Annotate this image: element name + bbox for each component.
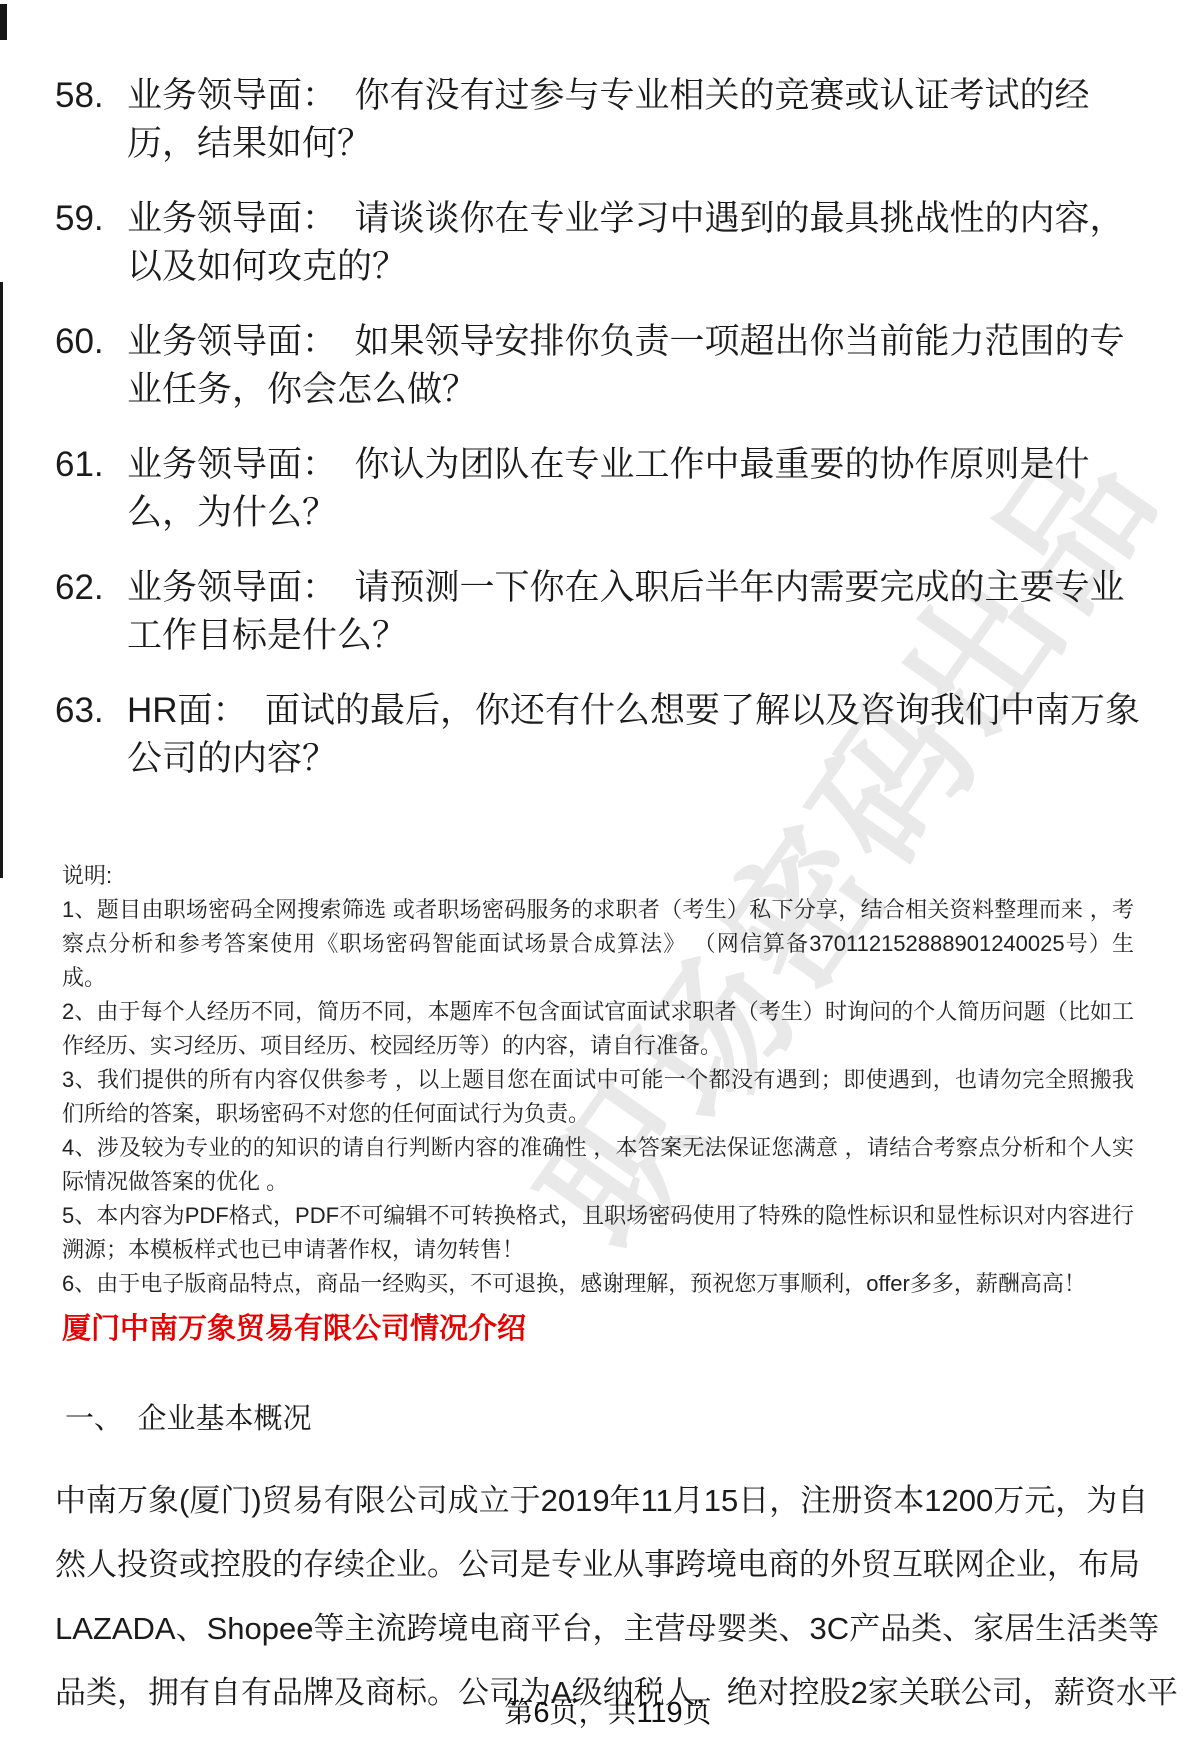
paragraph-line: 然人投资或控股的存续企业。公司是专业从事跨境电商的外贸互联网企业，布局 xyxy=(55,1533,1185,1597)
question-text: 业务领导面： 请预测一下你在入职后半年内需要完成的主要专业工作目标是什么？ xyxy=(127,564,1143,660)
question-item: 60. 业务领导面： 如果领导安排你负责一项超出你当前能力范围的专业任务，你会怎… xyxy=(55,318,1200,414)
paragraph-line: LAZADA、Shopee等主流跨境电商平台，主营母婴类、3C产品类、家居生活类… xyxy=(55,1597,1185,1661)
question-number: 58. xyxy=(55,72,127,120)
notes-heading: 说明: xyxy=(62,859,1134,893)
note-item: 1、题目由职场密码全网搜索筛选 或者职场密码服务的求职者（考生）私下分享，结合相… xyxy=(62,893,1134,995)
question-text: 业务领导面： 你认为团队在专业工作中最重要的协作原则是什么，为什么？ xyxy=(127,441,1143,537)
company-paragraph: 中南万象(厦门)贸易有限公司成立于2019年11月15日，注册资本1200万元，… xyxy=(55,1469,1185,1725)
question-item: 58. 业务领导面： 你有没有过参与专业相关的竞赛或认证考试的经历，结果如何？ xyxy=(55,72,1200,168)
note-item: 5、本内容为PDF格式，PDF不可编辑不可转换格式，且职场密码使用了特殊的隐性标… xyxy=(62,1199,1134,1267)
page-number-footer: 第6页，共119页 xyxy=(0,1696,1200,1730)
question-number: 61. xyxy=(55,441,127,489)
question-number: 59. xyxy=(55,195,127,243)
question-item: 63. HR面： 面试的最后，你还有什么想要了解以及咨询我们中南万象公司的内容？ xyxy=(55,687,1200,783)
question-item: 61. 业务领导面： 你认为团队在专业工作中最重要的协作原则是什么，为什么？ xyxy=(55,441,1200,537)
question-item: 62. 业务领导面： 请预测一下你在入职后半年内需要完成的主要专业工作目标是什么… xyxy=(55,564,1200,660)
question-item: 59. 业务领导面： 请谈谈你在专业学习中遇到的最具挑战性的内容，以及如何攻克的… xyxy=(55,195,1200,291)
question-text: 业务领导面： 请谈谈你在专业学习中遇到的最具挑战性的内容，以及如何攻克的？ xyxy=(127,195,1143,291)
company-intro-heading: 厦门中南万象贸易有限公司情况介绍 xyxy=(62,1309,1200,1349)
paragraph-line: 中南万象(厦门)贸易有限公司成立于2019年11月15日，注册资本1200万元，… xyxy=(55,1469,1185,1533)
scan-artifact-left-edge xyxy=(0,282,3,878)
question-number: 60. xyxy=(55,318,127,366)
document-page: 职场密码出品 58. 业务领导面： 你有没有过参与专业相关的竞赛或认证考试的经历… xyxy=(0,0,1200,1755)
note-item: 6、由于电子版商品特点，商品一经购买，不可退换，感谢理解，预祝您万事顺利，off… xyxy=(62,1267,1134,1301)
company-section-title: 一、 企业基本概况 xyxy=(65,1399,1200,1439)
scan-artifact-corner xyxy=(0,4,7,40)
page-content: 58. 业务领导面： 你有没有过参与专业相关的竞赛或认证考试的经历，结果如何？ … xyxy=(0,0,1200,1725)
note-item: 4、涉及较为专业的的知识的请自行判断内容的准确性 ，本答案无法保证您满意 ，请结… xyxy=(62,1131,1134,1199)
question-text: 业务领导面： 你有没有过参与专业相关的竞赛或认证考试的经历，结果如何？ xyxy=(127,72,1143,168)
note-item: 3、我们提供的所有内容仅供参考 ，以上题目您在面试中可能一个都没有遇到；即使遇到… xyxy=(62,1063,1134,1131)
note-item: 2、由于每个人经历不同，简历不同，本题库不包含面试官面试求职者（考生）时询问的个… xyxy=(62,995,1134,1063)
notes-section: 说明: 1、题目由职场密码全网搜索筛选 或者职场密码服务的求职者（考生）私下分享… xyxy=(62,859,1134,1301)
question-text: 业务领导面： 如果领导安排你负责一项超出你当前能力范围的专业任务，你会怎么做？ xyxy=(127,318,1143,414)
question-number: 63. xyxy=(55,687,127,735)
question-number: 62. xyxy=(55,564,127,612)
question-text: HR面： 面试的最后，你还有什么想要了解以及咨询我们中南万象公司的内容？ xyxy=(127,687,1143,783)
